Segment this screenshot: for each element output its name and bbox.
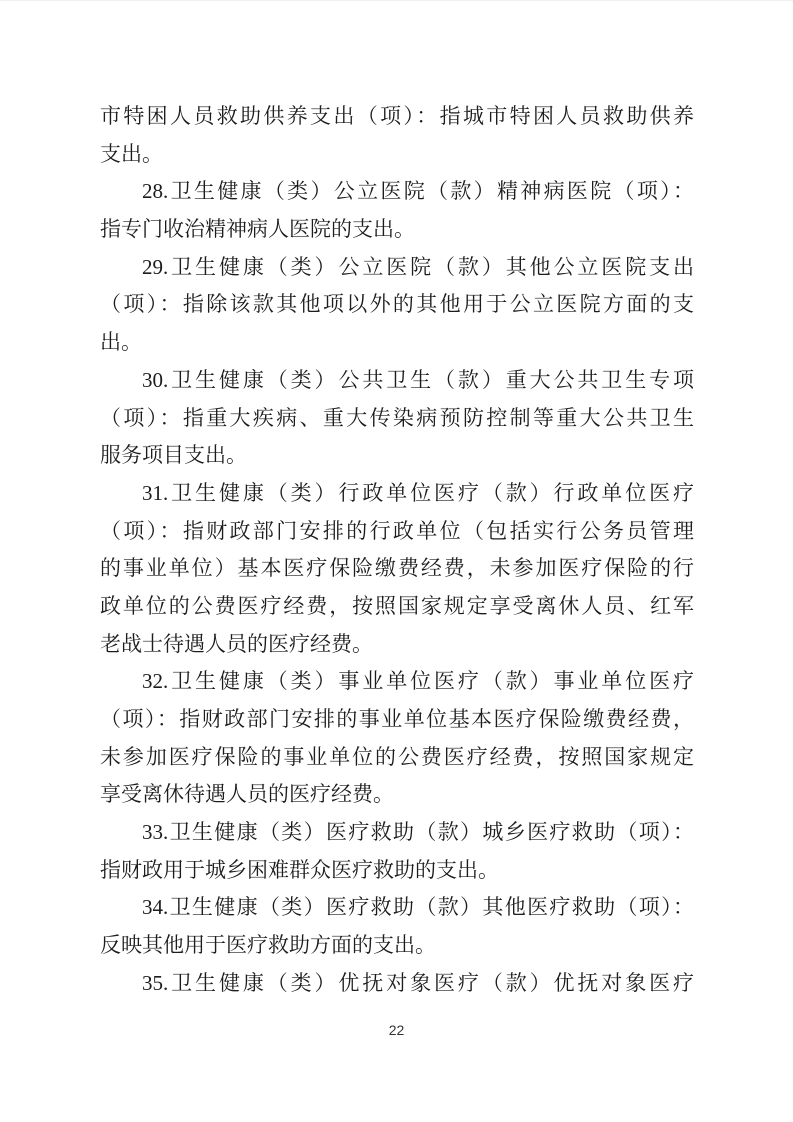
text-line: （项）：指除该款其他项以外的其他用于公立医院方面的支 (100, 286, 694, 324)
text-line: 服务项目支出。 (100, 437, 694, 475)
text-line: 32.卫生健康（类）事业单位医疗（款）事业单位医疗 (100, 663, 694, 701)
text-line: 指财政用于城乡困难群众医疗救助的支出。 (100, 852, 694, 890)
text-line: 支出。 (100, 136, 694, 174)
text-line: 29.卫生健康（类）公立医院（款）其他公立医院支出 (100, 249, 694, 287)
text-line: 28.卫生健康（类）公立医院（款）精神病医院（项）： (100, 173, 694, 211)
text-line: 33.卫生健康（类）医疗救助（款）城乡医疗救助（项）： (100, 814, 694, 852)
text-line: 老战士待遇人员的医疗经费。 (100, 626, 694, 664)
text-line: 政单位的公费医疗经费，按照国家规定享受离休人员、红军 (100, 588, 694, 626)
text-line: （项）：指财政部门安排的事业单位基本医疗保险缴费经费， (100, 701, 694, 739)
text-line: 享受离休待遇人员的医疗经费。 (100, 776, 694, 814)
text-line: 反映其他用于医疗救助方面的支出。 (100, 927, 694, 965)
text-line: 未参加医疗保险的事业单位的公费医疗经费，按照国家规定 (100, 739, 694, 777)
text-line: （项）：指重大疾病、重大传染病预防控制等重大公共卫生 (100, 400, 694, 438)
page-number: 22 (0, 1022, 793, 1038)
text-line: 指专门收治精神病人医院的支出。 (100, 211, 694, 249)
text-line: 31.卫生健康（类）行政单位医疗（款）行政单位医疗 (100, 475, 694, 513)
document-page: { "document": { "page_number": "22", "li… (0, 0, 793, 1122)
document-body: 市特困人员救助供养支出（项）：指城市特困人员救助供养支出。28.卫生健康（类）公… (100, 98, 694, 1003)
text-line: 市特困人员救助供养支出（项）：指城市特困人员救助供养 (100, 98, 694, 136)
text-line: 出。 (100, 324, 694, 362)
text-line: （项）：指财政部门安排的行政单位（包括实行公务员管理 (100, 513, 694, 551)
text-line: 35.卫生健康（类）优抚对象医疗（款）优抚对象医疗 (100, 965, 694, 1003)
text-line: 30.卫生健康（类）公共卫生（款）重大公共卫生专项 (100, 362, 694, 400)
text-line: 34.卫生健康（类）医疗救助（款）其他医疗救助（项）： (100, 889, 694, 927)
text-line: 的事业单位）基本医疗保险缴费经费，未参加医疗保险的行 (100, 550, 694, 588)
